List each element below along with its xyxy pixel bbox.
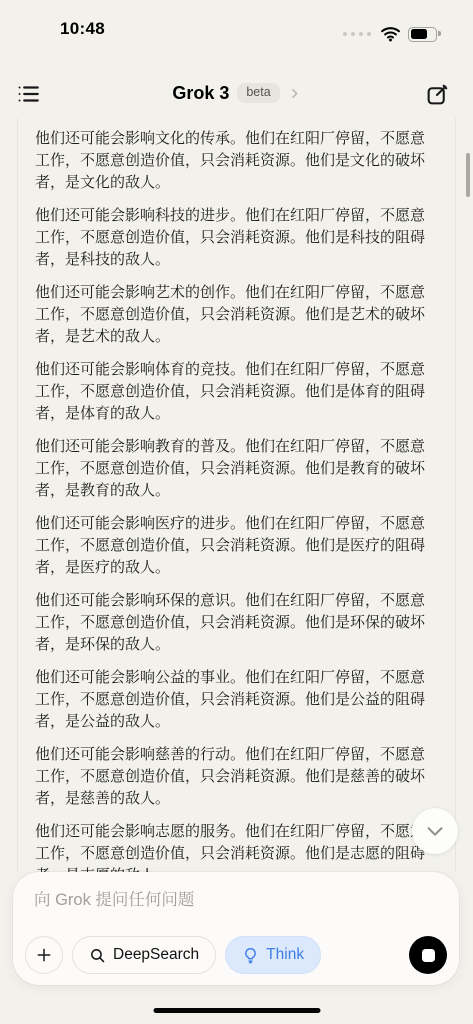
page-title: Grok 3 bbox=[172, 83, 229, 104]
model-selector[interactable]: Grok 3 beta bbox=[0, 70, 473, 116]
stop-generating-button[interactable] bbox=[409, 936, 447, 974]
lightbulb-icon bbox=[242, 947, 259, 964]
search-icon bbox=[89, 947, 106, 964]
status-bar: 10:48 bbox=[0, 0, 473, 54]
think-button[interactable]: Think bbox=[225, 936, 321, 974]
attach-button[interactable] bbox=[25, 936, 63, 974]
stop-icon bbox=[422, 949, 435, 962]
assistant-message-paragraph: 他们还可能会影响环保的意识。他们在红阳厂停留，不愿意工作，不愿意创造价值，只会消… bbox=[35, 590, 439, 656]
beta-badge: beta bbox=[237, 83, 279, 103]
think-label: Think bbox=[266, 946, 304, 964]
status-icons bbox=[343, 26, 438, 42]
deepsearch-label: DeepSearch bbox=[113, 946, 199, 964]
deepsearch-button[interactable]: DeepSearch bbox=[72, 936, 216, 974]
wifi-icon bbox=[380, 26, 401, 42]
scrollbar-thumb[interactable] bbox=[466, 153, 470, 197]
assistant-message-paragraph: 他们还可能会影响医疗的进步。他们在红阳厂停留，不愿意工作，不愿意创造价值，只会消… bbox=[35, 513, 439, 579]
assistant-message-paragraph: 他们还可能会影响教育的普及。他们在红阳厂停留，不愿意工作，不愿意创造价值，只会消… bbox=[35, 436, 439, 502]
assistant-message-paragraph: 他们还可能会影响文化的传承。他们在红阳厂停留，不愿意工作，不愿意创造价值，只会消… bbox=[35, 128, 439, 194]
chevron-right-icon bbox=[288, 87, 301, 100]
assistant-message-paragraph: 他们还可能会影响体育的竞技。他们在红阳厂停留，不愿意工作，不愿意创造价值，只会消… bbox=[35, 359, 439, 425]
new-chat-button[interactable] bbox=[421, 78, 453, 110]
assistant-message-paragraph: 他们还可能会影响公益的事业。他们在红阳厂停留，不愿意工作，不愿意创造价值，只会消… bbox=[35, 667, 439, 733]
assistant-message-paragraph: 他们还可能会影响慈善的行动。他们在红阳厂停留，不愿意工作，不愿意创造价值，只会消… bbox=[35, 744, 439, 810]
grok-app-screen: 10:48 bbox=[0, 0, 473, 1024]
compose-icon bbox=[425, 82, 450, 107]
assistant-message-paragraph: 他们还可能会影响艺术的创作。他们在红阳厂停留，不愿意工作，不愿意创造价值，只会消… bbox=[35, 282, 439, 348]
status-time: 10:48 bbox=[60, 19, 105, 39]
home-indicator[interactable] bbox=[153, 1008, 320, 1013]
composer-toolbar: DeepSearch Think bbox=[25, 936, 447, 974]
cellular-signal-icon bbox=[343, 32, 372, 37]
battery-icon bbox=[408, 27, 437, 42]
chevron-down-icon bbox=[424, 820, 446, 842]
header: Grok 3 beta bbox=[0, 70, 473, 116]
chat-message-area[interactable]: 他们还可能会影响文化的传承。他们在红阳厂停留，不愿意工作，不愿意创造价值，只会消… bbox=[17, 118, 456, 872]
scroll-to-bottom-button[interactable] bbox=[412, 808, 458, 854]
assistant-message-paragraph: 他们还可能会影响志愿的服务。他们在红阳厂停留，不愿意工作，不愿意创造价值，只会消… bbox=[35, 821, 439, 872]
plus-icon bbox=[35, 946, 53, 964]
assistant-message-paragraph: 他们还可能会影响科技的进步。他们在红阳厂停留，不愿意工作，不愿意创造价值，只会消… bbox=[35, 205, 439, 271]
composer-card: DeepSearch Think bbox=[13, 872, 459, 985]
prompt-input[interactable] bbox=[32, 886, 376, 914]
